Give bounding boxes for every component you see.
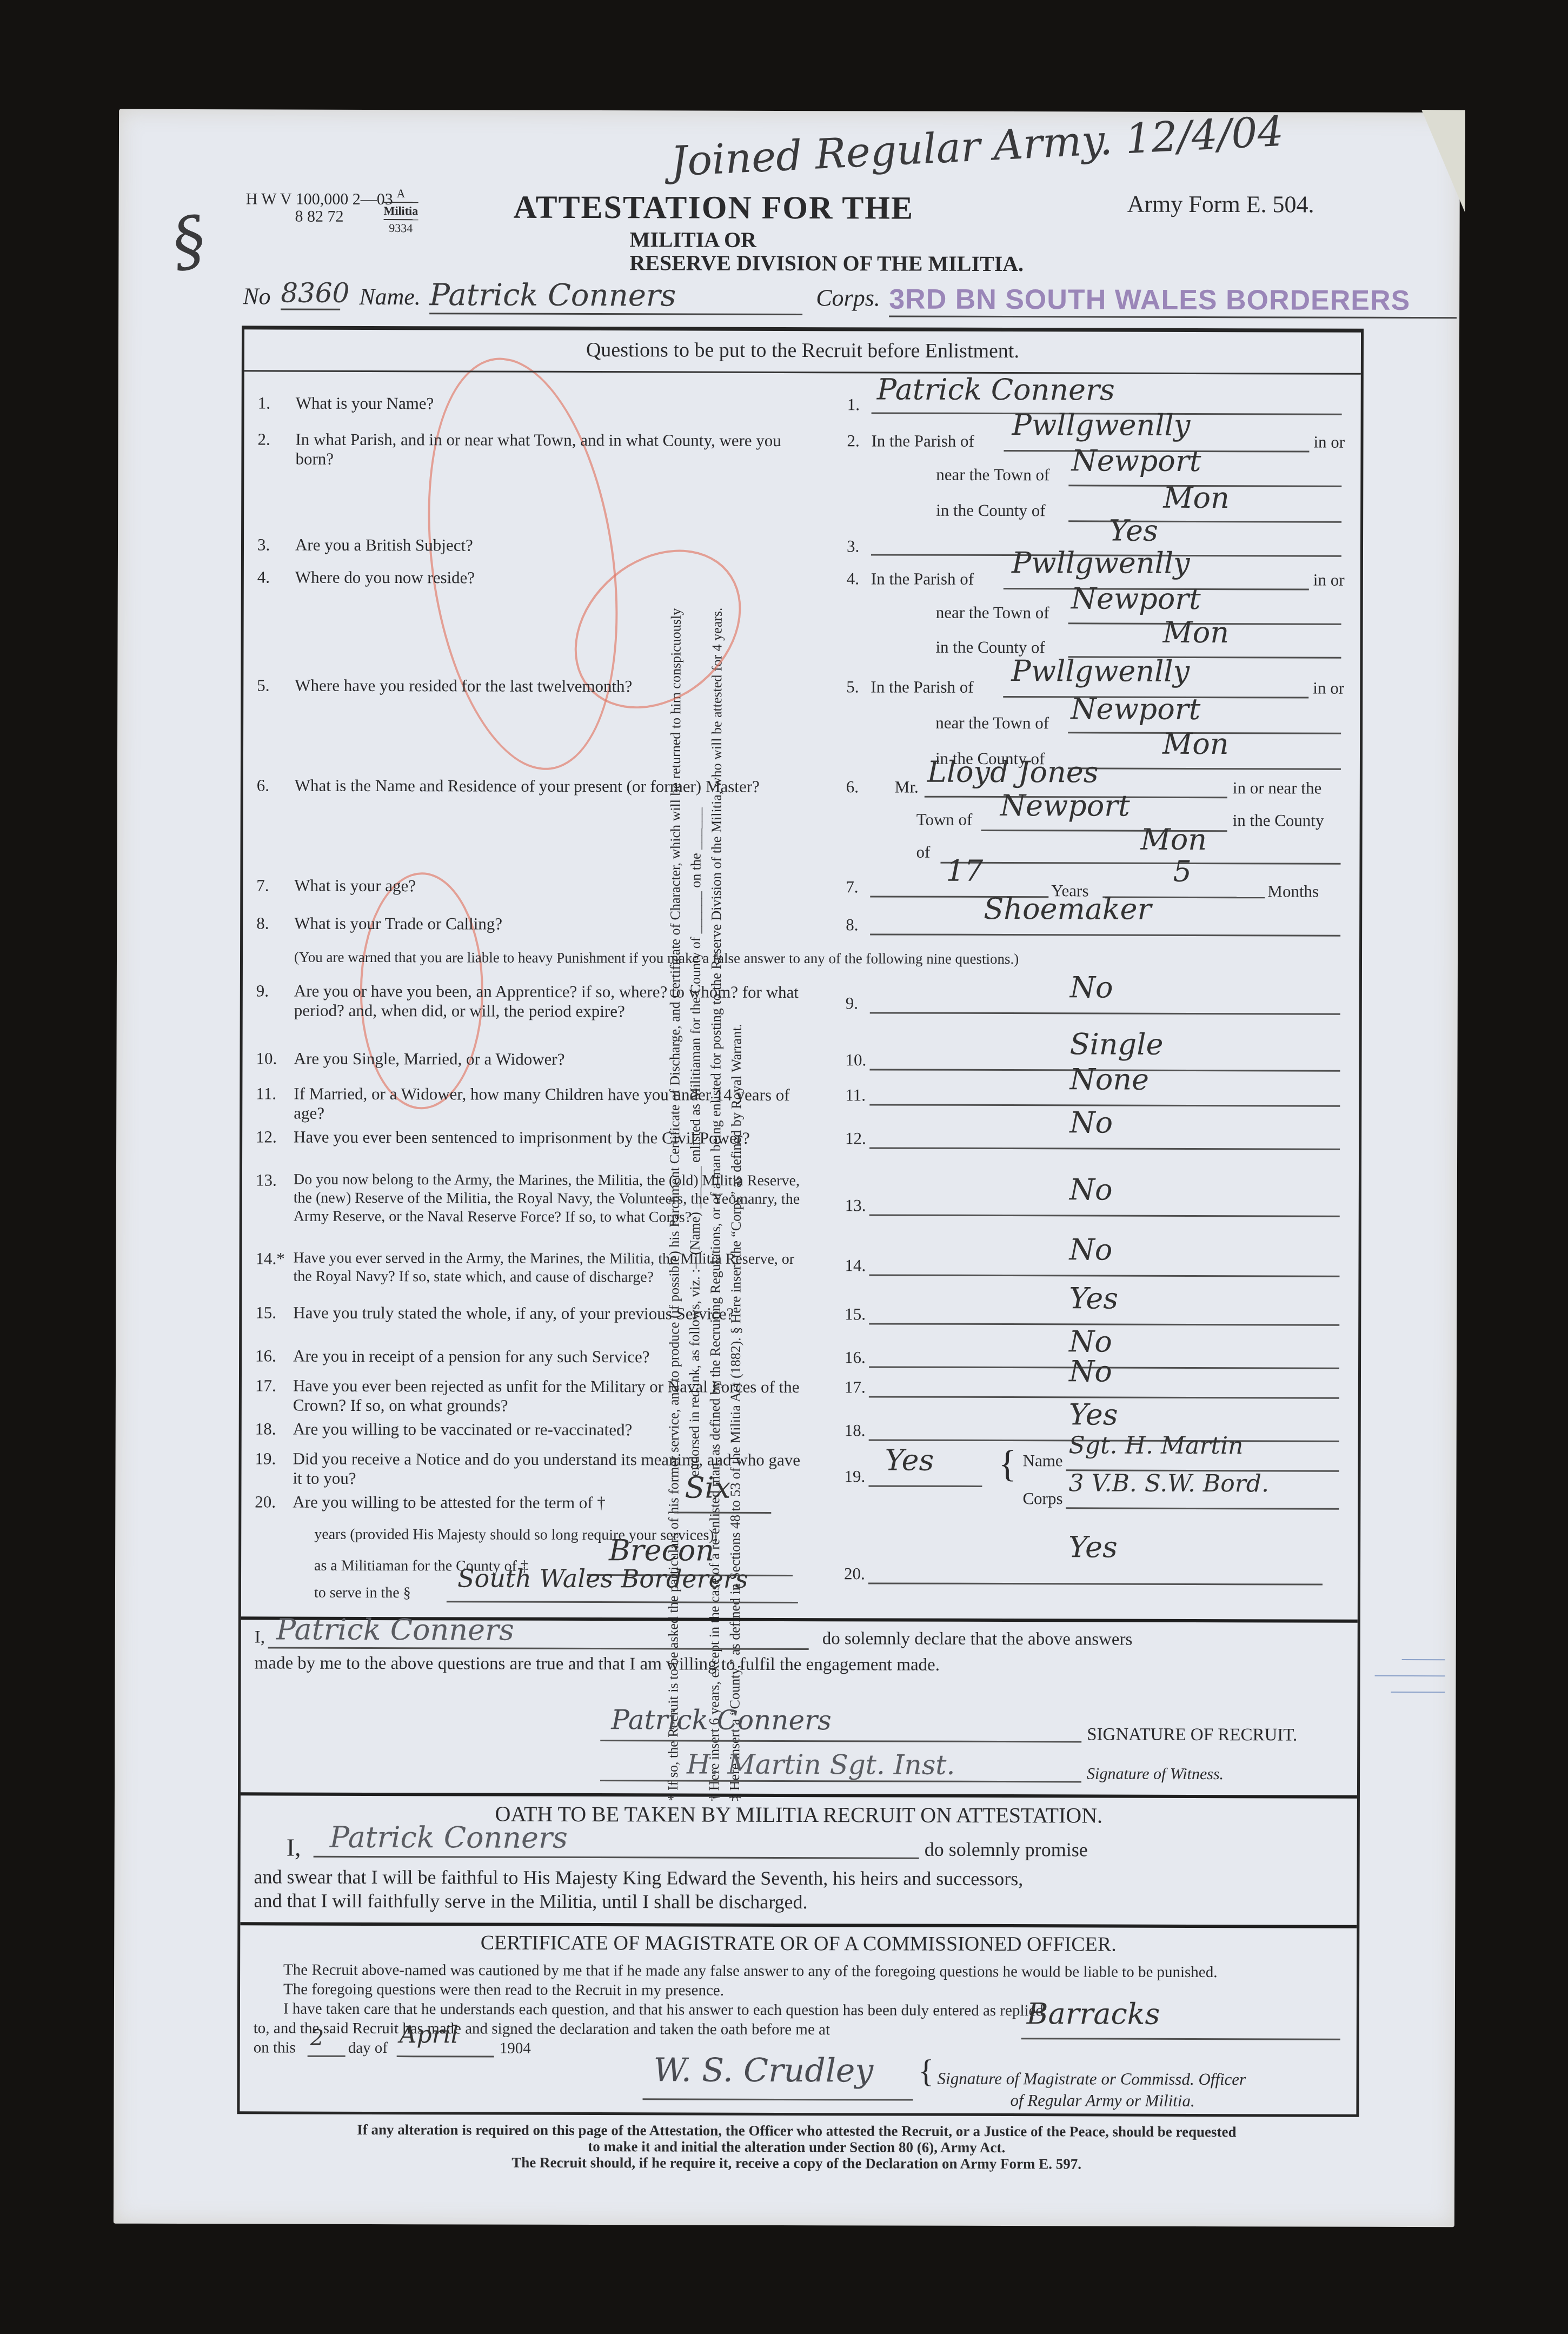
- attestation-form-page: * If so, the Recruit is to be asked the …: [114, 109, 1460, 2227]
- answer-7-years-field[interactable]: 17: [946, 861, 983, 881]
- question-9: 9. Are you or have you been, an Apprenti…: [243, 981, 1359, 984]
- recruit-signature-field[interactable]: Patrick Conners: [611, 1704, 831, 1736]
- question-12: 12. Have you ever been sentenced to impr…: [242, 1127, 1359, 1130]
- section-divider: [241, 1792, 1357, 1798]
- oath-section: I, Patrick Conners do solemnly promise a…: [254, 1833, 1341, 1835]
- answer-18-field[interactable]: Yes: [1069, 1405, 1118, 1424]
- question-3: 3. Are you a British Subject? 3. Yes: [244, 535, 1360, 538]
- answer-14-field[interactable]: No: [1069, 1240, 1113, 1259]
- answer-1-field[interactable]: Patrick Conners: [877, 380, 1115, 400]
- answer-6-master-field[interactable]: Lloyd Jones: [927, 762, 1099, 783]
- form-title-line3: RESERVE DIVISION OF THE MILITIA.: [629, 250, 1024, 276]
- witness-signature-field[interactable]: H. Martin Sgt. Inst.: [687, 1749, 955, 1781]
- question-1: 1. What is your Name? 1. Patrick Conners: [244, 393, 1361, 396]
- section-divider: [240, 1922, 1357, 1928]
- answer-10-field[interactable]: Single: [1070, 1035, 1164, 1054]
- question-2: 2. In what Parish, and in or near what T…: [244, 429, 1361, 432]
- answer-8-field[interactable]: Shoemaker: [984, 899, 1151, 919]
- answer-15-field[interactable]: Yes: [1069, 1289, 1118, 1308]
- magistrate-signature-field[interactable]: W. S. Crudley: [654, 2060, 874, 2080]
- question-19: 19. Did you receive a Notice and do you …: [242, 1449, 1358, 1451]
- questions-heading: Questions to be put to the Recruit befor…: [244, 329, 1361, 374]
- form-title-line1: ATTESTATION FOR THE: [514, 189, 914, 227]
- question-15: 15. Have you truly stated the whole, if …: [242, 1303, 1358, 1305]
- printer-code: H W V 100,000 2—03 8 82 72: [246, 190, 393, 226]
- answer-11-field[interactable]: None: [1069, 1070, 1149, 1089]
- footer-notes: If any alteration is required on this pa…: [237, 2121, 1356, 2172]
- question-11: 11. If Married, or a Widower, how many C…: [242, 1084, 1359, 1086]
- answer-20-term-field[interactable]: Six: [685, 1478, 730, 1498]
- question-7: 7. What is your age? 7. 17 Years 5 Month…: [243, 876, 1359, 878]
- question-14: 14.* Have you ever served in the Army, t…: [242, 1249, 1359, 1251]
- header-fields-row: No 8360 Name. Patrick Conners Corps. 3RD…: [243, 277, 1486, 323]
- answer-20-county-field[interactable]: Brecon: [609, 1541, 714, 1561]
- question-6: 6. What is the Name and Residence of you…: [243, 775, 1360, 778]
- answer-5-parish-field[interactable]: Pwllgwenlly: [1011, 661, 1190, 681]
- answer-19-notice-name-field[interactable]: Sgt. H. Martin: [1069, 1436, 1244, 1456]
- answer-2-town-field[interactable]: Newport: [1071, 451, 1201, 471]
- answer-19-field[interactable]: Yes: [885, 1450, 934, 1470]
- question-18: 18. Are you willing to be vaccinated or …: [242, 1419, 1358, 1422]
- question-17: 17. Have you ever been rejected as unfit…: [242, 1376, 1358, 1378]
- answer-4-town-field[interactable]: Newport: [1071, 589, 1201, 609]
- answer-4-county-field[interactable]: Mon: [1163, 623, 1230, 642]
- certificate-month-field[interactable]: April: [400, 2025, 459, 2045]
- questions-box: Questions to be put to the Recruit befor…: [237, 326, 1364, 2117]
- false-answer-warning: (You are warned that you are liable to h…: [294, 949, 1019, 968]
- answer-6-county-field[interactable]: Mon: [1141, 830, 1207, 850]
- question-8: 8. What is your Trade or Calling? 8. Sho…: [243, 913, 1359, 916]
- answer-17-field[interactable]: No: [1069, 1362, 1112, 1381]
- question-16: 16. Are you in receipt of a pension for …: [242, 1346, 1358, 1349]
- militia-stamp: A Militia 9334: [384, 185, 418, 236]
- declaration-name-field[interactable]: Patrick Conners: [276, 1613, 514, 1647]
- army-form-number: Army Form E. 504.: [1127, 190, 1314, 218]
- answer-6-town-field[interactable]: Newport: [1000, 796, 1130, 816]
- answer-12-field[interactable]: No: [1069, 1113, 1113, 1132]
- joined-regular-army-note: Joined Regular Army. 12/4/04: [669, 107, 1285, 185]
- answer-20-serve-in-field[interactable]: South Wales Borderers: [457, 1568, 748, 1588]
- answer-4-parish-field[interactable]: Pwllgwenlly: [1012, 553, 1190, 573]
- form-title-line2: MILITIA OR: [629, 227, 756, 253]
- answer-20-field[interactable]: Yes: [1068, 1537, 1118, 1557]
- answer-2-parish-field[interactable]: Pwllgwenlly: [1012, 415, 1191, 435]
- margin-section-mark: §: [167, 202, 211, 281]
- answer-13-field[interactable]: No: [1069, 1180, 1113, 1199]
- question-13: 13. Do you now belong to the Army, the M…: [242, 1170, 1359, 1173]
- folded-corner: [1417, 110, 1465, 213]
- no-field[interactable]: 8360: [281, 277, 340, 310]
- answer-16-field[interactable]: No: [1069, 1332, 1112, 1351]
- answer-9-field[interactable]: No: [1070, 978, 1113, 997]
- corps-field[interactable]: 3RD BN SOUTH WALES BORDERERS: [889, 283, 1457, 319]
- name-label: Name.: [359, 283, 421, 310]
- oath-name-field[interactable]: Patrick Conners: [330, 1820, 568, 1855]
- answer-3-field[interactable]: Yes: [1109, 521, 1158, 541]
- answer-5-town-field[interactable]: Newport: [1071, 699, 1200, 719]
- declaration-section: I, Patrick Conners do solemnly declare t…: [255, 1627, 1341, 1630]
- certificate-heading: CERTIFICATE OF MAGISTRATE OR OF A COMMIS…: [240, 1930, 1357, 1957]
- no-label: No: [243, 282, 270, 310]
- answer-7-months-field[interactable]: 5: [1173, 862, 1191, 881]
- corps-label: Corps.: [816, 284, 880, 311]
- question-10: 10. Are you Single, Married, or a Widowe…: [243, 1049, 1359, 1051]
- answer-19-notice-corps-field[interactable]: 3 V.B. S.W. Bord.: [1068, 1474, 1269, 1494]
- name-field[interactable]: Patrick Conners: [429, 277, 802, 315]
- answer-2-county-field[interactable]: Mon: [1163, 488, 1230, 508]
- certificate-day-field[interactable]: 2: [310, 2028, 324, 2048]
- certificate-section: The Recruit above-named was cautioned by…: [253, 1960, 1340, 2121]
- question-4: 4. Where do you now reside? 4. In the Pa…: [244, 567, 1360, 570]
- question-5: 5. Where have you resided for the last t…: [243, 675, 1360, 678]
- answer-5-county-field[interactable]: Mon: [1162, 734, 1229, 754]
- certificate-place-field[interactable]: Barracks: [1027, 2004, 1160, 2024]
